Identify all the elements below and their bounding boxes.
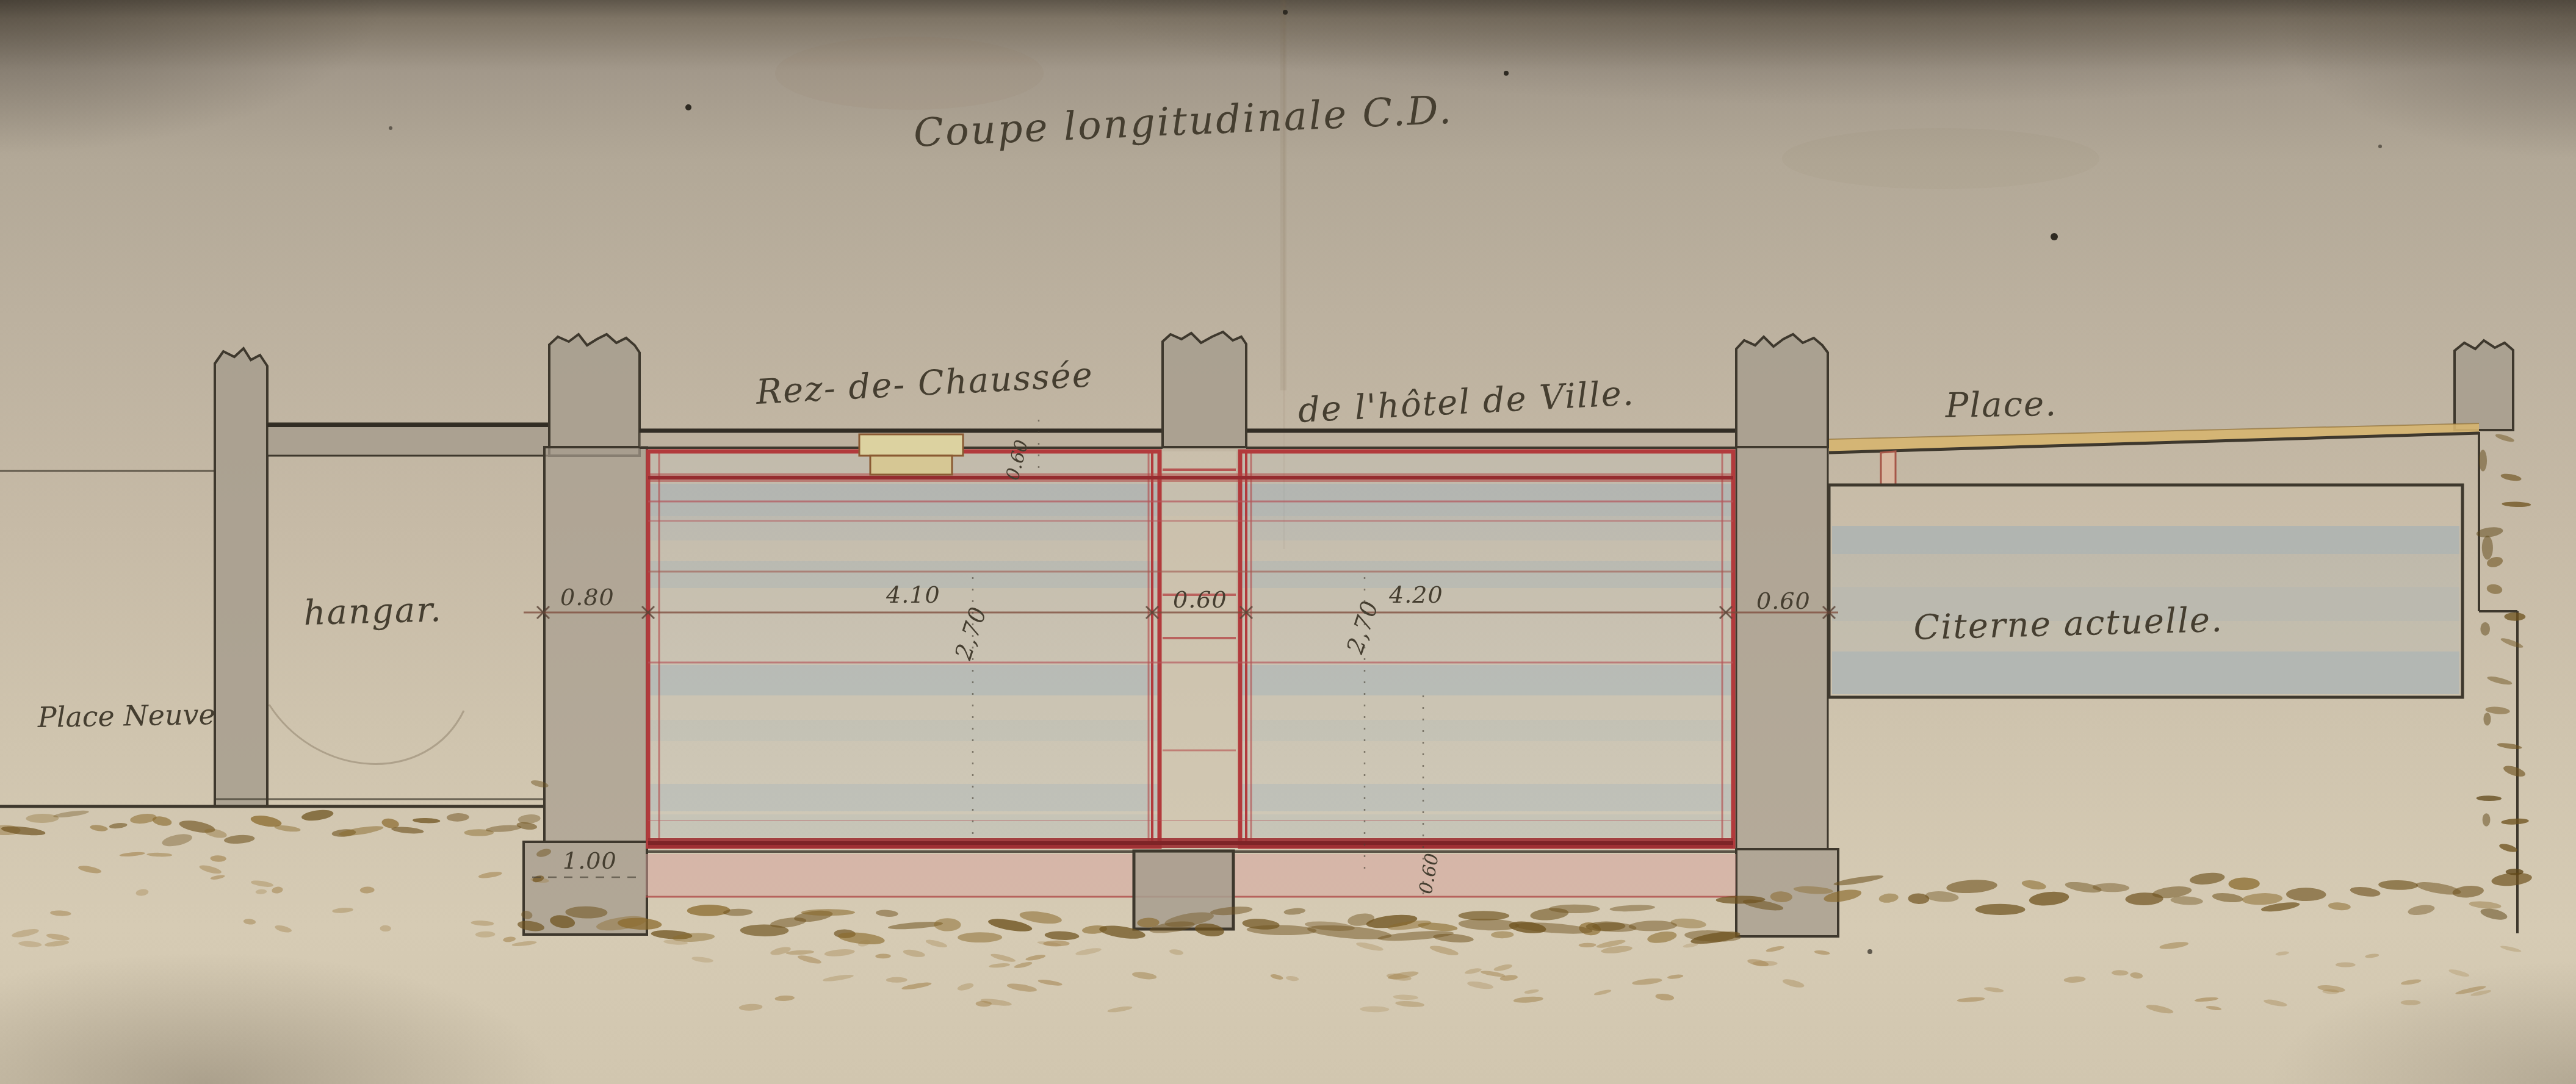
far-right-wall-top [2455,340,2513,430]
cover-block-lower [870,456,952,475]
right-side-group [1736,423,2517,936]
pencil-arc [269,705,464,764]
floor-slab-tint-2 [1246,431,1736,448]
middle-pillar-top [1163,332,1246,447]
citerne-label: Citerne actuelle. [1913,600,2224,648]
cover-block-group [859,434,963,475]
hangar-ceiling-slab [267,423,549,456]
dim-footing: 1.00 [563,847,617,874]
section-drawing: Coupe longitudinale C.D. Rez- de- Chauss… [0,0,2576,1084]
basins-group [646,451,1736,929]
feed-pipe [1881,451,1896,485]
floor-label-right: de l'hôtel de Ville. [1297,373,1636,431]
drawing-sheet: Coupe longitudinale C.D. Rez- de- Chauss… [0,0,2576,1084]
floor-label-left: Rez- de- Chaussée [754,355,1094,412]
earth-hatching-left [0,808,541,849]
dim-basin1: 4.10 [886,581,940,608]
left-wall-group [0,334,647,935]
place-neuve-label: Place Neuve [37,698,215,734]
left-boundary-wall [215,348,267,806]
basin1-left-wall [544,447,647,842]
earth-hatching-main [517,904,1741,946]
dim-left-wall: 0.80 [560,584,615,611]
mid-pillar-core [1163,451,1236,839]
dim-mid-wall: 0.60 [1173,586,1227,613]
right-pillar-top [1736,334,1828,447]
cover-block-upper [859,434,963,456]
basin2-right-wall [1736,447,1828,849]
dim-basin2: 4.20 [1388,581,1443,608]
place-label: Place. [1944,384,2057,426]
dim-right-wall: 0.60 [1756,587,1811,614]
hangar-label: hangar. [303,590,443,633]
hangar-right-pillar [549,334,640,456]
